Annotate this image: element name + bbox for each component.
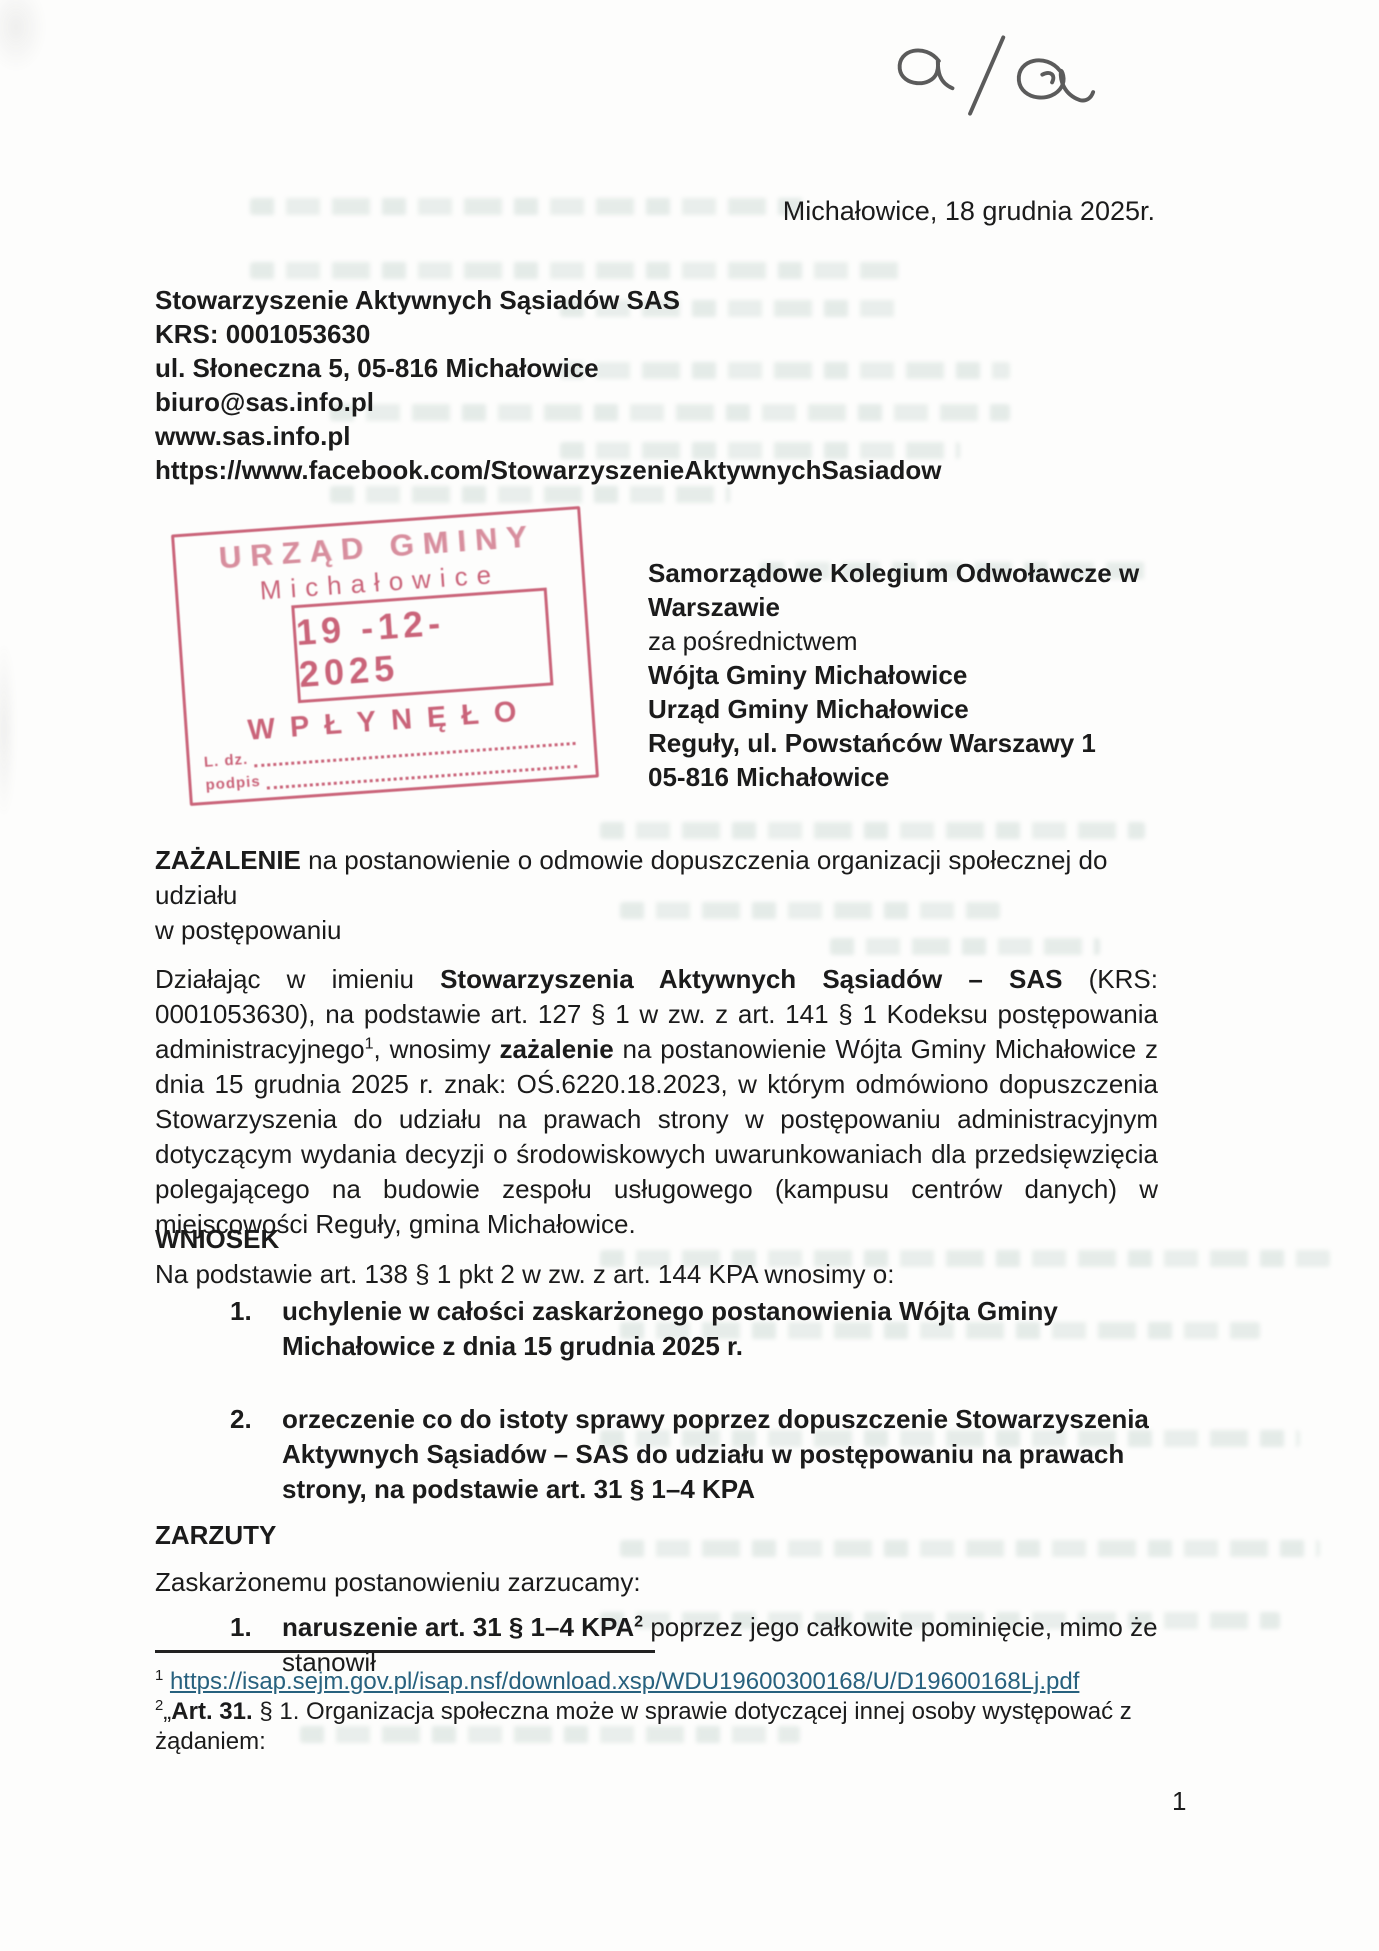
wniosek-section: WNIOSEK Na podstawie art. 138 § 1 pkt 2 …	[155, 1222, 1158, 1507]
footnote-2: 2„Art. 31. § 1. Organizacja społeczna mo…	[155, 1697, 1158, 1757]
intro-zazalenie-bold: zażalenie	[500, 1034, 614, 1064]
bleed-through	[600, 822, 1145, 839]
wniosek-item-2-text: orzeczenie co do istoty sprawy poprzez d…	[282, 1402, 1158, 1507]
sender-facebook: https://www.facebook.com/StowarzyszenieA…	[155, 453, 941, 487]
list-number: 2.	[230, 1402, 282, 1507]
recipient-authority-city: Warszawie	[648, 590, 1139, 624]
stamp-date: 19 -12- 2025	[295, 595, 550, 696]
dateline: Michałowice, 18 grudnia 2025r.	[783, 196, 1155, 227]
sender-krs: KRS: 0001053630	[155, 317, 941, 351]
footnote-2-article: Art. 31.	[171, 1698, 252, 1725]
sender-email: biuro@sas.info.pl	[155, 385, 941, 419]
footnote-ref-1: 1	[365, 1034, 374, 1052]
footnote-1: 1 https://isap.sejm.gov.pl/isap.nsf/down…	[155, 1667, 1158, 1697]
intro-text: , wnosimy	[374, 1034, 500, 1064]
recipient-authority: Samorządowe Kolegium Odwoławcze w	[648, 556, 1139, 590]
footnote-2-text: § 1. Organizacja społeczna może w sprawi…	[155, 1698, 1132, 1755]
recipient-street: Reguły, ul. Powstańców Warszawy 1	[648, 726, 1139, 760]
intro-association-name: Stowarzyszenia Aktywnych Sąsiadów – SAS	[440, 964, 1062, 994]
letterhead-sender: Stowarzyszenie Aktywnych Sąsiadów SAS KR…	[155, 283, 941, 487]
received-stamp: URZĄD GMINY Michałowice 19 -12- 2025 WPŁ…	[171, 506, 599, 806]
bleed-through	[330, 486, 730, 503]
wniosek-item-2: 2. orzeczenie co do istoty sprawy poprze…	[230, 1402, 1158, 1507]
stamp-date-box: 19 -12- 2025	[291, 588, 553, 704]
recipient-via: za pośrednictwem	[648, 624, 1139, 658]
wniosek-item-1: 1. uchylenie w całości zaskarżonego post…	[230, 1294, 1158, 1364]
footnote-ref-2: 2	[634, 1612, 643, 1630]
recipient-office: Urząd Gminy Michałowice	[648, 692, 1139, 726]
bleed-through	[250, 262, 905, 279]
scan-smudge	[0, 640, 16, 820]
list-number: 1.	[230, 1294, 282, 1364]
intro-paragraph: Działając w imieniu Stowarzyszenia Aktyw…	[155, 962, 1158, 1242]
intro-text: na postanowienie Wójta Gminy Michałowice…	[155, 1034, 1158, 1239]
zarzuty-item-1-bold: naruszenie art. 31 § 1–4 KPA	[282, 1612, 634, 1642]
footnote-separator	[155, 1650, 655, 1653]
stamp-signature-label: podpis	[205, 773, 261, 794]
stamp-ldz-label: L. dz.	[203, 751, 248, 771]
bleed-through	[250, 198, 810, 215]
zarzuty-lead: Zaskarżonemu postanowieniu zarzucamy:	[155, 1565, 1158, 1600]
footnote-1-link[interactable]: https://isap.sejm.gov.pl/isap.nsf/downlo…	[170, 1668, 1079, 1695]
handwritten-mark	[888, 28, 1098, 133]
zarzuty-heading: ZARZUTY	[155, 1518, 1158, 1553]
sender-name: Stowarzyszenie Aktywnych Sąsiadów SAS	[155, 283, 941, 317]
footnotes-block: 1 https://isap.sejm.gov.pl/isap.nsf/down…	[155, 1650, 1158, 1757]
sender-website: www.sas.info.pl	[155, 419, 941, 453]
footnote-1-number: 1	[155, 1668, 163, 1684]
recipient-block: Samorządowe Kolegium Odwoławcze w Warsza…	[648, 556, 1139, 794]
recipient-postal: 05-816 Michałowice	[648, 760, 1139, 794]
document-page: Michałowice, 18 grudnia 2025r. Stowarzys…	[0, 0, 1379, 1951]
sender-address: ul. Słoneczna 5, 05-816 Michałowice	[155, 351, 941, 385]
recipient-mayor: Wójta Gminy Michałowice	[648, 658, 1139, 692]
scan-smudge	[0, 0, 46, 72]
document-title: ZAŻALENIE na postanowienie o odmowie dop…	[155, 843, 1165, 948]
intro-text: Działając w imieniu	[155, 964, 440, 994]
title-keyword: ZAŻALENIE	[155, 845, 301, 875]
title-line2: w postępowaniu	[155, 915, 341, 945]
wniosek-item-1-text: uchylenie w całości zaskarżonego postano…	[282, 1294, 1158, 1364]
wniosek-lead: Na podstawie art. 138 § 1 pkt 2 w zw. z …	[155, 1257, 1158, 1292]
page-number: 1	[1172, 1786, 1186, 1817]
wniosek-heading: WNIOSEK	[155, 1222, 1158, 1257]
